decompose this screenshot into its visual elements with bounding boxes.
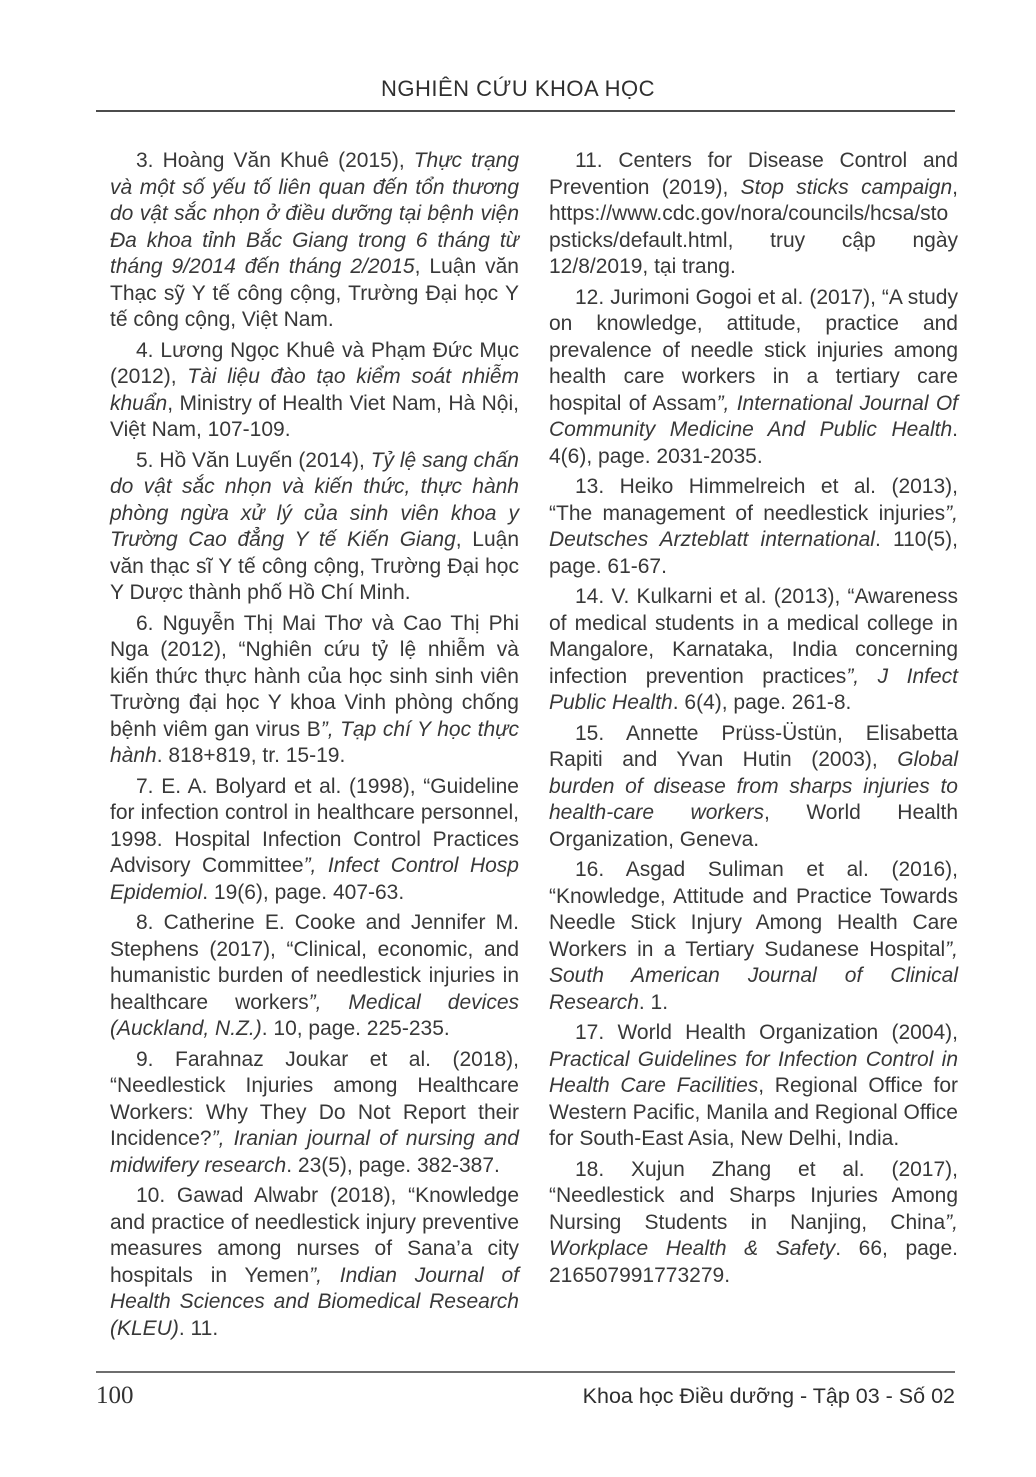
reference-text: 5. Hồ Văn Luyến (2014),	[136, 449, 371, 472]
reference-item: 9. Farahnaz Joukar et al. (2018), “Needl…	[110, 1047, 519, 1180]
reference-item: 18. Xujun Zhang et al. (2017), “Needlest…	[549, 1157, 958, 1290]
reference-text: . 10, page. 225-235.	[262, 1017, 450, 1040]
reference-item: 4. Lương Ngọc Khuê và Phạm Đức Mục (2012…	[110, 338, 519, 444]
reference-item: 17. World Health Organization (2004), Pr…	[549, 1020, 958, 1153]
reference-text: 13. Heiko Himmelreich et al. (2013), “Th…	[549, 475, 958, 525]
page-number: 100	[96, 1382, 134, 1410]
reference-item: 16. Asgad Suliman et al. (2016), “Knowle…	[549, 857, 958, 1016]
reference-item: 5. Hồ Văn Luyến (2014), Tỷ lệ sang chấn …	[110, 448, 519, 607]
reference-item: 15. Annette Prüss-Üstün, Elisabetta Rapi…	[549, 721, 958, 854]
page-footer: 100 Khoa học Điều dưỡng - Tập 03 - Số 02	[96, 1371, 955, 1410]
reference-text: . 1.	[639, 991, 668, 1014]
references-column-right: 11. Centers for Disease Control and Prev…	[549, 148, 958, 1346]
reference-item: 7. E. A. Bolyard et al. (1998), “Guideli…	[110, 774, 519, 907]
reference-item: 6. Nguyễn Thị Mai Thơ và Cao Thị Phi Nga…	[110, 611, 519, 770]
references-column-left: 3. Hoàng Văn Khuê (2015), Thực trạng và …	[110, 148, 519, 1346]
journal-page: NGHIÊN CỨU KHOA HỌC 3. Hoàng Văn Khuê (2…	[0, 0, 1036, 1477]
references-section: 3. Hoàng Văn Khuê (2015), Thực trạng và …	[110, 148, 958, 1346]
header-divider	[96, 110, 955, 112]
reference-item: 10. Gawad Alwabr (2018), “Knowledge and …	[110, 1183, 519, 1342]
reference-text: . 818+819, tr. 15-19.	[157, 744, 346, 767]
reference-item: 11. Centers for Disease Control and Prev…	[549, 148, 958, 281]
reference-text: . 11.	[179, 1317, 218, 1340]
page-header-title: NGHIÊN CỨU KHOA HỌC	[0, 76, 1036, 102]
reference-item: 8. Catherine E. Cooke and Jennifer M. St…	[110, 910, 519, 1043]
reference-text: . 19(6), page. 407-63.	[202, 881, 404, 904]
reference-item: 13. Heiko Himmelreich et al. (2013), “Th…	[549, 474, 958, 580]
reference-text: 18. Xujun Zhang et al. (2017), “Needlest…	[549, 1158, 958, 1234]
reference-text: 17. World Health Organization (2004),	[575, 1021, 958, 1044]
reference-text: . 23(5), page. 382-387.	[286, 1154, 500, 1177]
reference-text: 3. Hoàng Văn Khuê (2015),	[136, 149, 414, 172]
reference-text: 16. Asgad Suliman et al. (2016), “Knowle…	[549, 858, 958, 961]
journal-title: Khoa học Điều dưỡng - Tập 03 - Số 02	[583, 1384, 955, 1409]
reference-item: 3. Hoàng Văn Khuê (2015), Thực trạng và …	[110, 148, 519, 334]
reference-item: 12. Jurimoni Gogoi et al. (2017), “A stu…	[549, 285, 958, 471]
reference-item: 14. V. Kulkarni et al. (2013), “Awarenes…	[549, 584, 958, 717]
reference-italic-text: Stop sticks campaign	[741, 176, 952, 199]
reference-text: , Ministry of Health Viet Nam, Hà Nội, V…	[110, 392, 519, 442]
reference-text: . 6(4), page. 261-8.	[673, 691, 852, 714]
page-header: NGHIÊN CỨU KHOA HỌC	[0, 0, 1036, 112]
